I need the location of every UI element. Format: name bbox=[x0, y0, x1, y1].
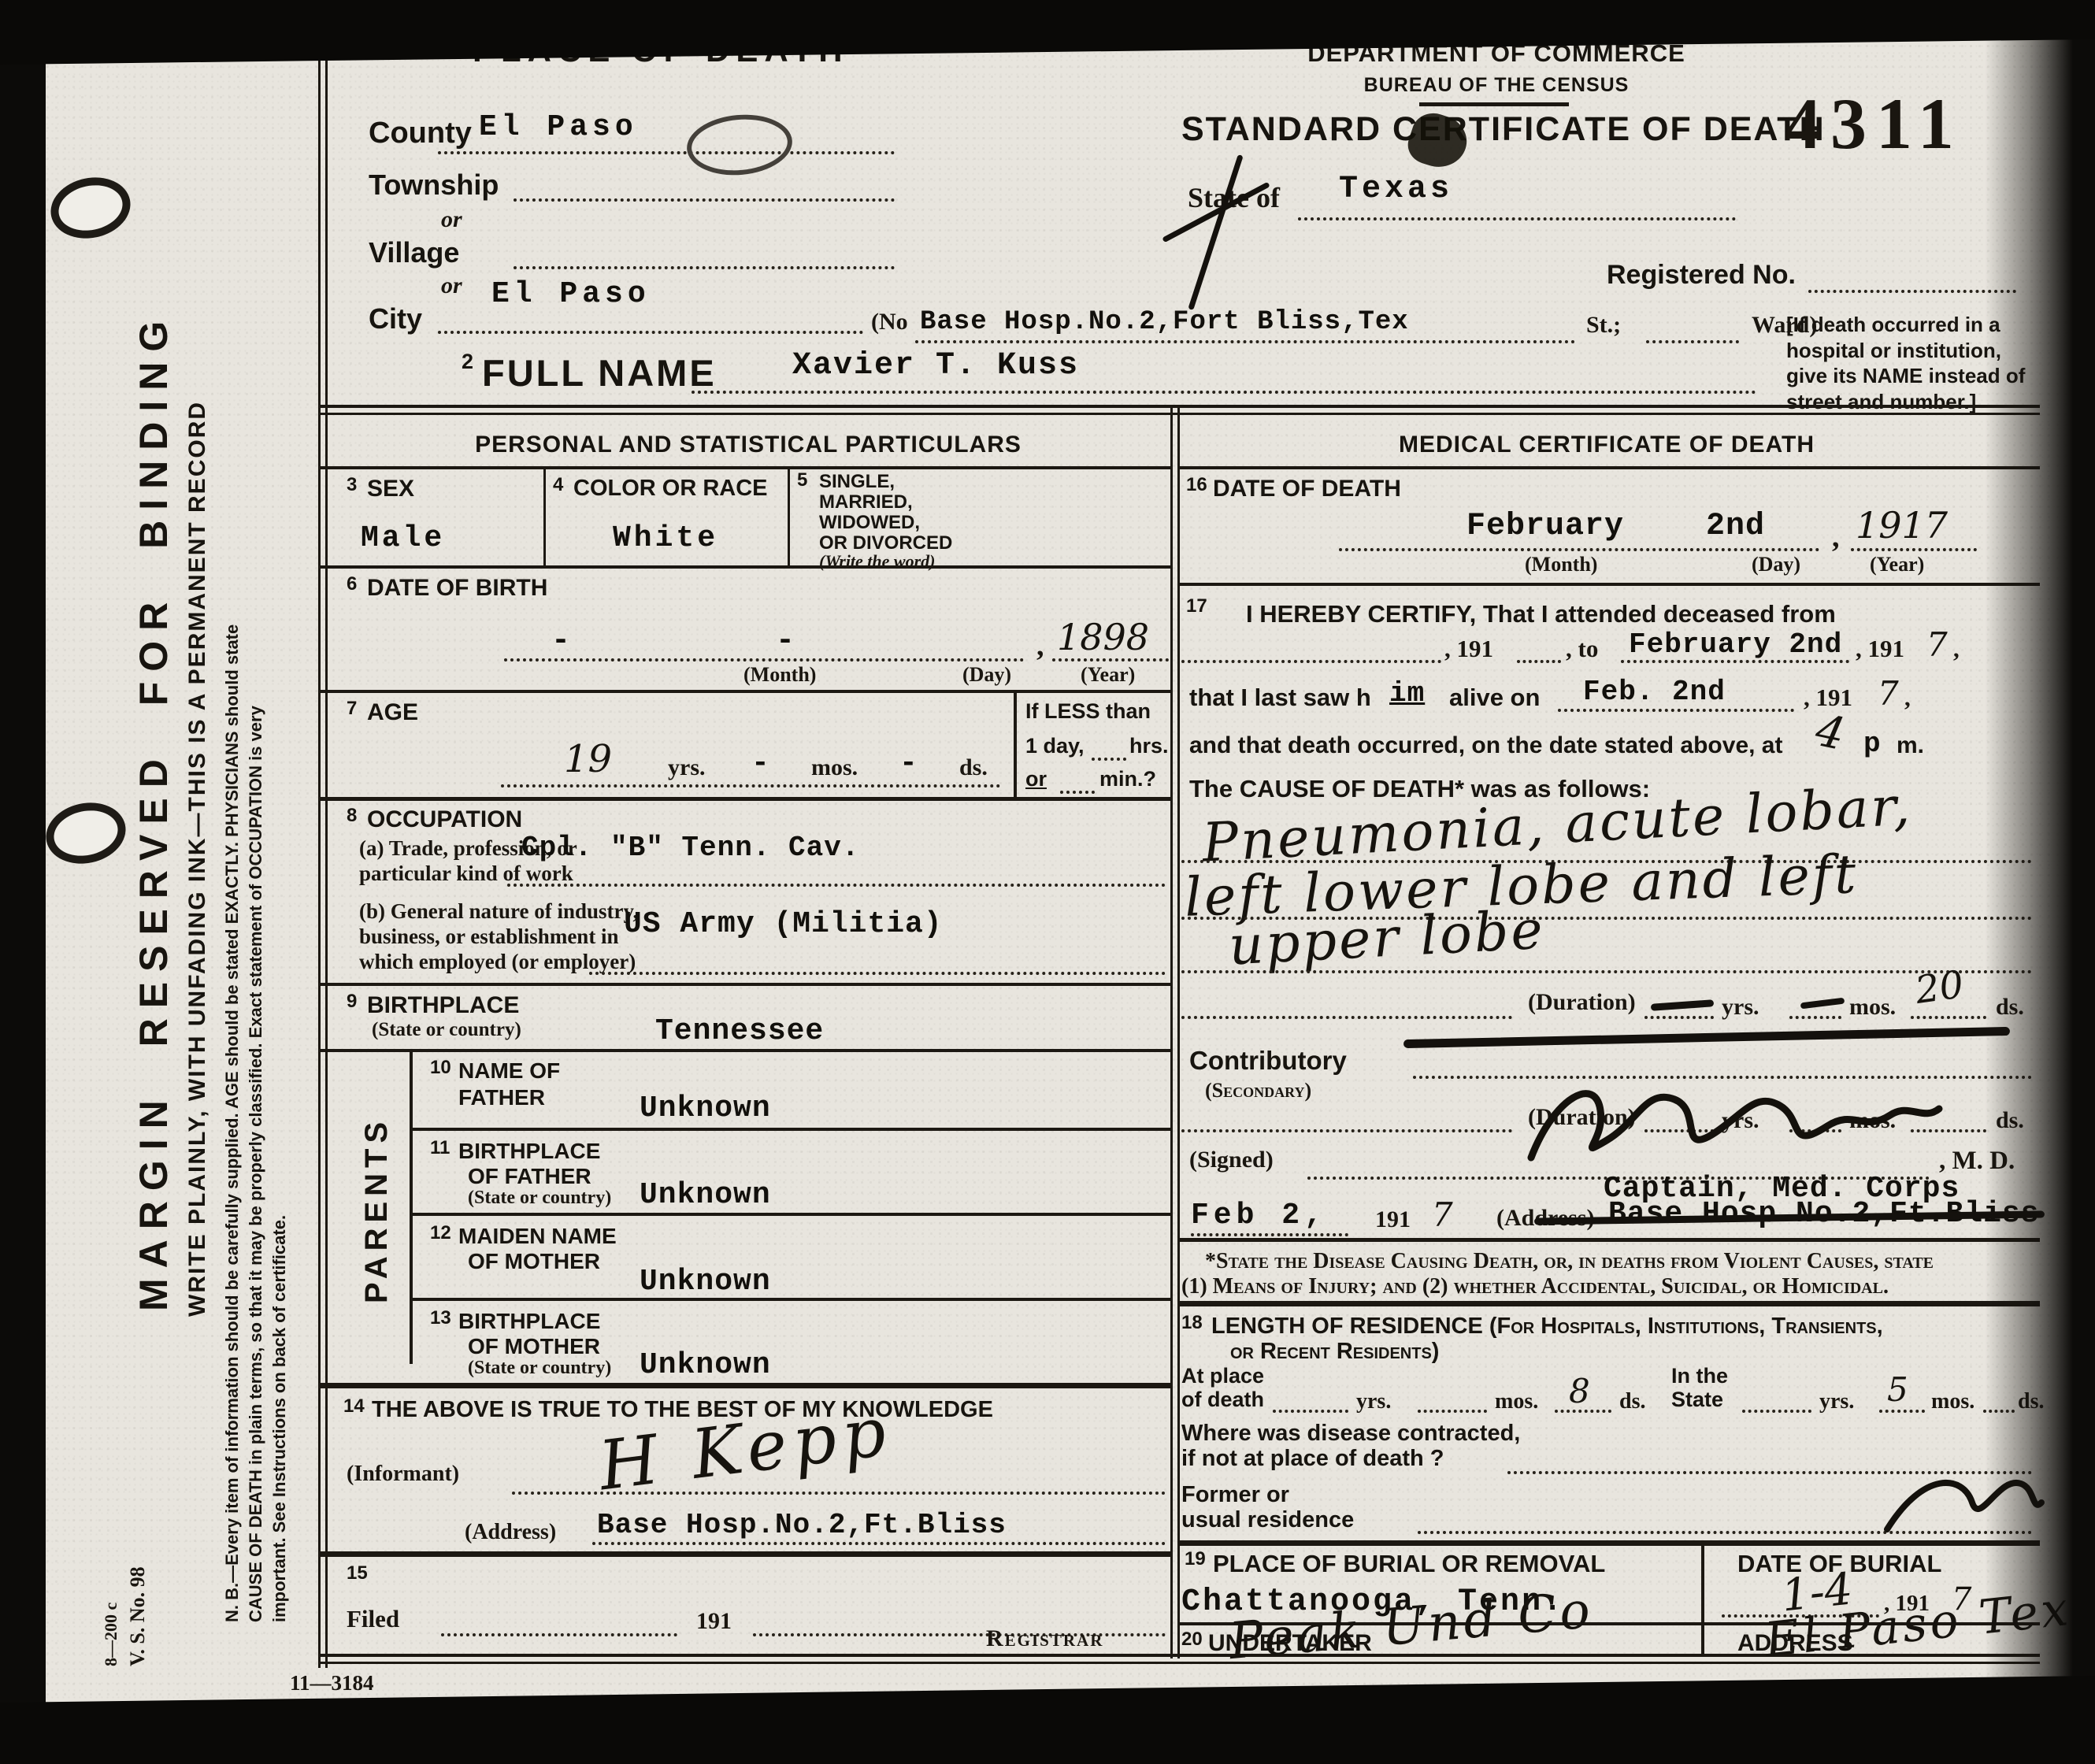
informant-bottom-rule bbox=[318, 1551, 1173, 1557]
occupation-b-line2: business, or establishment in bbox=[359, 925, 619, 949]
res-state-yrs-dots bbox=[1742, 1410, 1811, 1413]
occurred-p: p bbox=[1863, 728, 1882, 760]
former-line2: usual residence bbox=[1181, 1507, 1354, 1533]
last-saw-post: alive on bbox=[1449, 684, 1540, 712]
margin-note-line2: CAUSE OF DEATH in plain terms, so that i… bbox=[246, 268, 268, 1622]
certify-line1: I HEREBY CERTIFY, That I attended deceas… bbox=[1246, 600, 1836, 628]
residence-bottom-rule bbox=[1177, 1540, 2040, 1546]
bureau-underline bbox=[1419, 102, 1569, 106]
marital-line3: WIDOWED, bbox=[819, 512, 920, 534]
mother-name-rule bbox=[410, 1298, 1173, 1301]
race-number: 4 bbox=[553, 474, 563, 496]
dod-dotline-1 bbox=[1339, 548, 1819, 551]
last-saw-7: 7 bbox=[1878, 674, 1899, 713]
res-state-yrs-label: yrs. bbox=[1819, 1389, 1854, 1414]
age-label: AGE bbox=[367, 699, 418, 726]
duration2-leader bbox=[1181, 1129, 1512, 1132]
residence-label-line1: LENGTH OF RESIDENCE (For Hospitals, Inst… bbox=[1211, 1314, 1883, 1340]
father-bp-rule bbox=[410, 1213, 1173, 1216]
state-dotline bbox=[1298, 217, 1736, 220]
father-name-label2: FATHER bbox=[458, 1085, 545, 1110]
footnote-line2: (1) Means of Injury; and (2) whether Acc… bbox=[1181, 1274, 1889, 1299]
certify-191b: , 191 bbox=[1856, 635, 1904, 663]
birthplace-number: 9 bbox=[347, 991, 357, 1013]
mother-bp-label3: (State or country) bbox=[468, 1358, 611, 1379]
certify-number: 17 bbox=[1186, 595, 1207, 617]
fullname-value: Xavier T. Kuss bbox=[792, 348, 1079, 384]
filed-number: 15 bbox=[347, 1562, 368, 1584]
footnote-line1: *State the Disease Causing Death, or, in… bbox=[1205, 1249, 1934, 1274]
dod-rule bbox=[1177, 583, 2040, 586]
dob-dotline-1 bbox=[504, 658, 1024, 661]
city-dotline bbox=[438, 331, 863, 334]
occupation-b-line1: (b) General nature of industry, bbox=[359, 899, 638, 924]
registrar-label: Registrar bbox=[986, 1625, 1103, 1652]
dob-year-label: (Year) bbox=[1081, 663, 1135, 687]
certify-dotline-1 bbox=[1181, 660, 1441, 663]
signed-date-value: Feb 2, bbox=[1191, 1199, 1327, 1232]
parents-bottom-rule bbox=[318, 1383, 1173, 1388]
street-label: St.; bbox=[1586, 312, 1621, 339]
village-label: Village bbox=[369, 236, 459, 269]
occupation-a-dotline bbox=[507, 884, 1166, 887]
at-place-line2: of death bbox=[1181, 1388, 1264, 1412]
dob-label: DATE OF BIRTH bbox=[367, 575, 547, 602]
city-label: City bbox=[369, 302, 422, 335]
certify-dotline-2 bbox=[1517, 660, 1561, 663]
or-label-1: or bbox=[441, 206, 462, 233]
father-name-value: Unknown bbox=[640, 1091, 771, 1125]
informant-address-dotline bbox=[592, 1542, 1166, 1545]
duration1-mos-dots bbox=[1789, 1016, 1841, 1019]
dob-year-value: 1898 bbox=[1057, 616, 1149, 658]
age-less-line1: If LESS than bbox=[1025, 699, 1151, 724]
bureau-title: BUREAU OF THE CENSUS bbox=[1276, 74, 1717, 97]
certify-to-value: February 2nd bbox=[1629, 628, 1842, 661]
sex-row-rule bbox=[318, 565, 1173, 569]
informant-address-label: (Address) bbox=[465, 1520, 556, 1545]
filed-label: Filed bbox=[347, 1605, 399, 1633]
in-the-line1: In the bbox=[1671, 1364, 1728, 1388]
residence-label-line2: or Recent Residents) bbox=[1230, 1339, 1439, 1365]
parents-label: PARENTS bbox=[359, 1065, 395, 1354]
dod-day-label: (Day) bbox=[1752, 553, 1800, 576]
res-ds-value: 8 bbox=[1569, 1372, 1590, 1410]
margin-write-plainly-text: WRITE PLAINLY, WITH UNFADING INK—THIS IS… bbox=[184, 260, 216, 1457]
certify-7b: 7 bbox=[1926, 625, 1948, 664]
last-saw-pre: that I last saw h bbox=[1189, 684, 1371, 712]
age-rule bbox=[318, 797, 1173, 801]
personal-section-title: PERSONAL AND STATISTICAL PARTICULARS bbox=[339, 432, 1158, 458]
burial-cell-border bbox=[1701, 1540, 1704, 1657]
margin-note-line1: N. B.—Every item of information should b… bbox=[222, 268, 244, 1622]
county-value: El Paso bbox=[479, 110, 638, 144]
marital-number: 5 bbox=[797, 469, 807, 491]
age-months-value: - bbox=[751, 747, 770, 780]
occupation-b-dotline bbox=[589, 972, 1166, 975]
informant-label: (Informant) bbox=[347, 1462, 459, 1487]
last-saw-dotline bbox=[1558, 709, 1794, 712]
father-bp-value: Unknown bbox=[640, 1178, 771, 1212]
filed-dotline-1 bbox=[441, 1633, 677, 1636]
sex-label: SEX bbox=[367, 476, 414, 502]
margin-rule-inner bbox=[325, 55, 328, 1668]
age-min-dotline bbox=[1060, 791, 1095, 794]
age-less-line3b: min.? bbox=[1099, 767, 1156, 791]
dod-comma: , bbox=[1832, 520, 1840, 554]
certify-to-label: , to bbox=[1566, 635, 1598, 663]
res-yrs-label: yrs. bbox=[1356, 1389, 1391, 1414]
truth-number: 14 bbox=[343, 1395, 365, 1417]
last-saw-him: im bbox=[1389, 677, 1425, 710]
city-value: El Paso bbox=[491, 277, 651, 311]
city-no-label: (No bbox=[871, 309, 908, 335]
township-label: Township bbox=[369, 169, 499, 202]
physician-signature bbox=[1520, 1065, 1945, 1183]
duration1-yrs-dots bbox=[1644, 1016, 1714, 1019]
signed-date-dots bbox=[1191, 1233, 1348, 1236]
certificate-title: STANDARD CERTIFICATE OF DEATH bbox=[1181, 110, 1811, 149]
duration1-yrs-label: yrs. bbox=[1722, 994, 1759, 1021]
dod-year-value: 1917 bbox=[1856, 504, 1948, 547]
race-value: White bbox=[613, 521, 718, 555]
father-name-number: 10 bbox=[430, 1057, 451, 1079]
birthplace-sub-label: (State or country) bbox=[372, 1019, 521, 1041]
marital-line5: (Write the word) bbox=[819, 551, 935, 572]
marital-line1: SINGLE, bbox=[819, 471, 895, 493]
age-hrs-dotline bbox=[1092, 758, 1126, 761]
secondary-label: (Secondary) bbox=[1205, 1079, 1311, 1102]
contracted-line1: Where was disease contracted, bbox=[1181, 1421, 1520, 1447]
ward-dotline bbox=[1646, 340, 1739, 343]
last-saw-comma: , bbox=[1904, 684, 1911, 712]
county-dotline bbox=[438, 151, 895, 154]
dob-day-value: - bbox=[776, 624, 795, 659]
dod-month-label: (Month) bbox=[1525, 553, 1597, 576]
age-days-value: - bbox=[899, 747, 918, 780]
signed-7: 7 bbox=[1432, 1195, 1453, 1234]
signed-191: 191 bbox=[1375, 1206, 1411, 1233]
father-bp-label1: BIRTHPLACE bbox=[458, 1139, 600, 1164]
burial-label: PLACE OF BURIAL OR REMOVAL bbox=[1213, 1550, 1605, 1578]
birthplace-value: Tennessee bbox=[655, 1014, 824, 1048]
footnote-rule bbox=[1177, 1301, 2040, 1306]
contributory-label: Contributory bbox=[1189, 1046, 1347, 1076]
contracted-line2: if not at place of death ? bbox=[1181, 1446, 1444, 1472]
at-place-line1: At place bbox=[1181, 1364, 1264, 1388]
age-ds-label: ds. bbox=[959, 754, 988, 781]
death-certificate-scan: MARGIN RESERVED FOR BINDING WRITE PLAINL… bbox=[0, 0, 2095, 1764]
parents-bracket-line bbox=[410, 1049, 413, 1364]
margin-binding-text: MARGIN RESERVED FOR BINDING bbox=[131, 252, 176, 1370]
sex-cell-border bbox=[543, 466, 546, 565]
occupation-number: 8 bbox=[347, 805, 357, 827]
duration1-leader bbox=[1181, 1016, 1512, 1019]
age-subcell-border bbox=[1014, 690, 1017, 797]
father-name-rule bbox=[410, 1128, 1173, 1131]
occurred-line: and that death occurred, on the date sta… bbox=[1189, 732, 1782, 759]
occupation-b-value: US Army (Militia) bbox=[624, 907, 943, 941]
dob-comma: , bbox=[1036, 628, 1044, 663]
dod-dotline-2 bbox=[1851, 548, 1977, 551]
dob-day-label: (Day) bbox=[962, 663, 1011, 687]
birthplace-label: BIRTHPLACE bbox=[367, 992, 519, 1019]
dob-month-label: (Month) bbox=[743, 663, 816, 687]
age-number: 7 bbox=[347, 698, 357, 720]
age-years-value: 19 bbox=[564, 737, 612, 781]
medical-section-title: MEDICAL CERTIFICATE OF DEATH bbox=[1213, 432, 2000, 458]
scan-border-left bbox=[0, 0, 46, 1764]
residence-number: 18 bbox=[1181, 1312, 1203, 1334]
res-mos-label: mos. bbox=[1495, 1389, 1538, 1414]
dod-label: DATE OF DEATH bbox=[1213, 476, 1401, 502]
dob-dotline-2 bbox=[1052, 658, 1169, 661]
margin-form-code: 8—200 c bbox=[101, 1477, 121, 1666]
mother-bp-value: Unknown bbox=[640, 1348, 771, 1382]
occupation-rule bbox=[318, 983, 1173, 986]
age-less-line2b: hrs. bbox=[1129, 734, 1169, 758]
duration1-ds-value: 20 bbox=[1912, 962, 1966, 1013]
age-yrs-label: yrs. bbox=[668, 754, 706, 781]
duration1-ds-dots bbox=[1911, 1016, 1986, 1019]
race-cell-border bbox=[788, 466, 790, 565]
certify-comma: , bbox=[1953, 635, 1960, 663]
birthplace-rule bbox=[318, 1049, 1173, 1052]
res-mos-dots bbox=[1418, 1410, 1487, 1413]
dob-month-value: - bbox=[551, 624, 571, 659]
father-bp-number: 11 bbox=[430, 1137, 450, 1159]
age-less-line3a: or bbox=[1025, 767, 1047, 791]
marital-line2: MARRIED, bbox=[819, 491, 913, 513]
age-less-line2a: 1 day, bbox=[1025, 734, 1085, 758]
or-label-2: or bbox=[441, 272, 462, 299]
fullname-dotline bbox=[692, 391, 1756, 394]
personal-title-rule bbox=[318, 466, 1173, 469]
margin-vs-number: V. S. No. 98 bbox=[126, 1462, 150, 1666]
duration1-mos-label: mos. bbox=[1849, 994, 1896, 1021]
former-line1: Former or bbox=[1181, 1482, 1289, 1508]
township-dotline bbox=[514, 198, 895, 202]
mother-bp-label1: BIRTHPLACE bbox=[458, 1309, 600, 1334]
column-divider-outer bbox=[1170, 405, 1173, 1658]
res-ds-label: ds. bbox=[1619, 1389, 1645, 1414]
mother-name-number: 12 bbox=[430, 1222, 451, 1244]
mother-name-label1: MAIDEN NAME bbox=[458, 1224, 617, 1249]
dod-day-value: 2nd bbox=[1706, 509, 1765, 544]
occupation-b-line3: which employed (or employer) bbox=[359, 950, 636, 974]
cause-dotline-3 bbox=[1181, 970, 2032, 973]
column-divider-inner bbox=[1177, 405, 1180, 1658]
last-saw-value: Feb. 2nd bbox=[1583, 676, 1726, 708]
in-the-line2: State bbox=[1671, 1388, 1723, 1412]
father-bp-label3: (State or country) bbox=[468, 1188, 611, 1209]
dod-month-value: February bbox=[1466, 509, 1624, 544]
registered-no-label: Registered No. bbox=[1607, 260, 1796, 291]
father-name-label1: NAME OF bbox=[458, 1058, 560, 1084]
margin-note-line3: important. See Instructions on back of c… bbox=[269, 268, 291, 1622]
village-dotline bbox=[514, 266, 895, 269]
scan-border-right bbox=[1985, 0, 2095, 1764]
occupation-a-line2: particular kind of work bbox=[359, 862, 573, 886]
informant-dotline bbox=[512, 1492, 1166, 1495]
res-yrs-dots bbox=[1273, 1410, 1348, 1413]
duration1-label: (Duration) bbox=[1528, 989, 1636, 1016]
filed-year-label: 191 bbox=[696, 1608, 732, 1635]
dod-number: 16 bbox=[1186, 474, 1207, 496]
dob-number: 6 bbox=[347, 573, 357, 595]
burial-number: 19 bbox=[1185, 1548, 1206, 1570]
occupation-label: OCCUPATION bbox=[367, 806, 522, 833]
dod-year-label: (Year) bbox=[1870, 553, 1924, 576]
institution-value: Base Hosp.No.2,Fort Bliss,Tex bbox=[920, 307, 1409, 337]
certificate-number: 4311 bbox=[1785, 82, 1963, 165]
margin-rule-outer bbox=[318, 55, 321, 1668]
sex-value: Male bbox=[361, 521, 445, 555]
mother-name-value: Unknown bbox=[640, 1265, 771, 1299]
informant-address-value: Base Hosp.No.2,Ft.Bliss bbox=[597, 1509, 1007, 1541]
sex-number: 3 bbox=[347, 474, 357, 496]
occurred-m: m. bbox=[1897, 732, 1924, 759]
res-state-mos-label: mos. bbox=[1931, 1389, 1974, 1414]
fullname-number: 2 bbox=[462, 350, 473, 374]
medical-title-rule bbox=[1177, 466, 2040, 469]
certify-dotline-3 bbox=[1621, 660, 1849, 663]
age-mos-label: mos. bbox=[811, 754, 858, 781]
mother-bp-label2: OF MOTHER bbox=[468, 1334, 600, 1359]
res-state-mos-value: 5 bbox=[1887, 1370, 1908, 1409]
res-state-mos-dots bbox=[1879, 1410, 1925, 1413]
signed-rule bbox=[1177, 1238, 2040, 1242]
plate-code: 11—3184 bbox=[290, 1671, 374, 1695]
age-dotline bbox=[501, 784, 1000, 787]
certify-191a: , 191 bbox=[1444, 635, 1493, 663]
mother-name-label2: OF MOTHER bbox=[468, 1249, 600, 1274]
res-ds-dots bbox=[1555, 1410, 1611, 1413]
mother-bp-number: 13 bbox=[430, 1307, 451, 1329]
occupation-a-value: Cpl. "B" Tenn. Cav. bbox=[521, 832, 859, 864]
filed-dotline-2 bbox=[753, 1633, 1166, 1636]
institution-dotline bbox=[915, 340, 1575, 343]
race-label: COLOR OR RACE bbox=[573, 476, 768, 502]
signed-label: (Signed) bbox=[1189, 1147, 1274, 1173]
father-bp-label2: OF FATHER bbox=[468, 1164, 591, 1189]
fullname-label: FULL NAME bbox=[482, 351, 717, 395]
state-value: Texas bbox=[1339, 172, 1453, 207]
dob-rule bbox=[318, 690, 1173, 693]
county-label: County bbox=[369, 117, 472, 150]
undertaker-number: 20 bbox=[1181, 1629, 1203, 1651]
